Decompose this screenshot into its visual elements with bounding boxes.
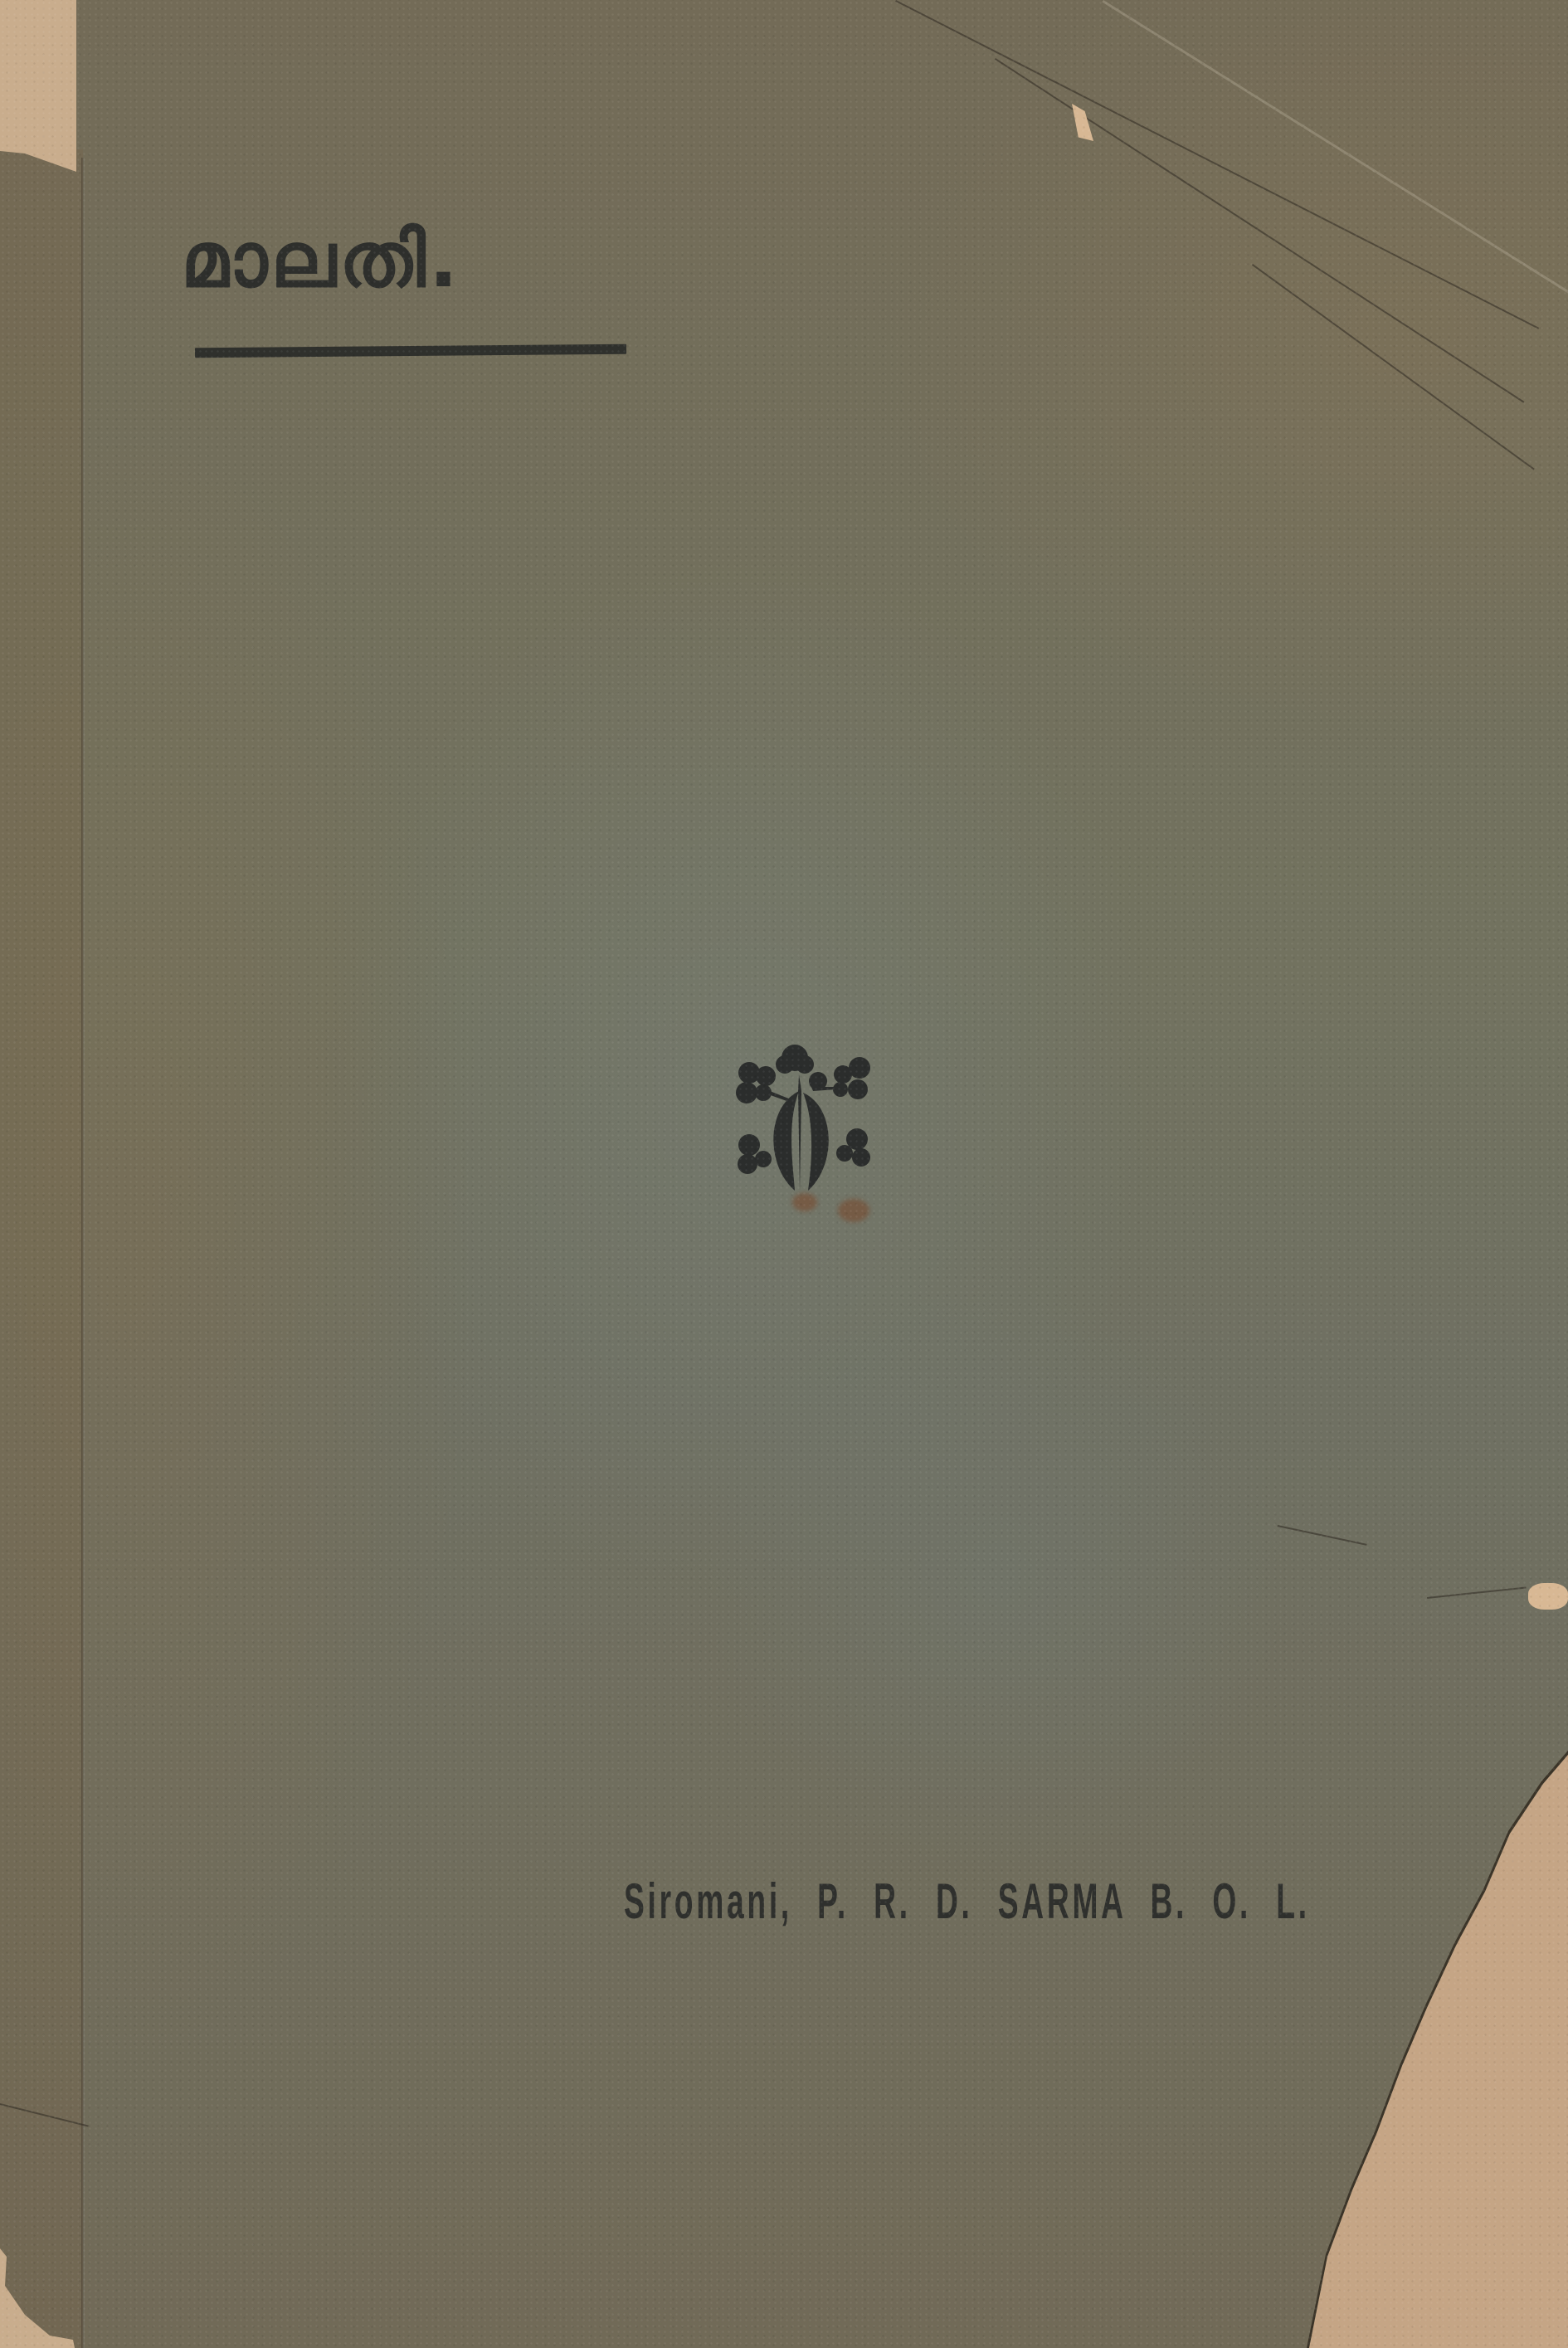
floral-ornament-icon bbox=[720, 1041, 886, 1203]
paper-tear bbox=[1528, 1583, 1568, 1610]
rust-stain bbox=[838, 1199, 869, 1222]
spine-fold-line bbox=[81, 158, 85, 2348]
torn-corner-top-left bbox=[0, 0, 76, 174]
author-line: Siromani, P. R. D. SARMA B. O. L. bbox=[624, 1877, 1310, 1927]
book-title: മാലതി. bbox=[181, 222, 461, 299]
rust-stain bbox=[792, 1193, 817, 1211]
spine-strip bbox=[0, 149, 83, 2348]
